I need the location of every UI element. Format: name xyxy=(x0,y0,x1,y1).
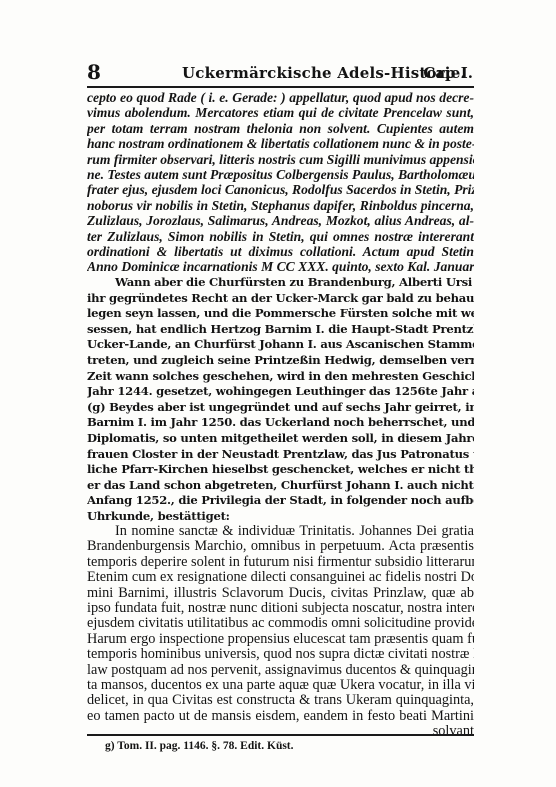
text-line: In nomine sanctæ & individuæ Trinitatis.… xyxy=(87,524,474,539)
text-line: Zeit wann solches geschehen, wird in den… xyxy=(87,369,474,385)
text-line: temporis deperire solent in futurum nisi… xyxy=(87,555,474,570)
text-line: (g) Beydes aber ist ungegründet und auf … xyxy=(87,400,474,416)
text-line: Anfang 1252., die Privilegia der Stadt, … xyxy=(87,493,474,509)
text-line: noborus vir nobilis in Stetin, Stephanus… xyxy=(87,198,474,213)
book-page: 8 Uckermärckische Adels-Historie. Cap I.… xyxy=(0,0,556,787)
text-line: rum firmiter observari, litteris nostris… xyxy=(87,152,474,167)
text-line: sessen, hat endlich Hertzog Barnim I. di… xyxy=(87,322,474,338)
text-line: Diplomatis, so unten mitgetheilet werden… xyxy=(87,431,474,447)
chapter-label: Cap I. xyxy=(423,64,473,82)
text-line: frater ejus, ejusdem loci Canonicus, Rod… xyxy=(87,182,474,197)
text-line: Etenim cum ex resignatione dilecti consa… xyxy=(87,570,474,585)
charter-excerpt: cepto eo quod Rade ( i. e. Gerade: ) app… xyxy=(87,90,474,275)
text-line: Ucker-Lande, an Churfürst Johann I. aus … xyxy=(87,337,474,353)
text-line: Wann aber die Churfürsten zu Brandenburg… xyxy=(87,275,474,291)
text-line: Barnim I. im Jahr 1250. das Uckerland no… xyxy=(87,415,474,431)
latin-charter: In nomine sanctæ & individuæ Trinitatis.… xyxy=(87,524,474,740)
text-line: Zulizlaus, Jorozlaus, Salimarus, Andreas… xyxy=(87,213,474,228)
text-line: liche Pfarr-Kirchen hieselbst geschencke… xyxy=(87,462,474,478)
header-rule xyxy=(87,86,474,88)
text-line: law postquam ad nos pervenit, assignavim… xyxy=(87,663,474,678)
text-line: treten, und zugleich seine Printzeßin He… xyxy=(87,353,474,369)
text-line: Anno Dominicæ incarnationis M CC XXX. qu… xyxy=(87,259,474,274)
text-line: ipso fundata fuit, nostræ nunc ditioni s… xyxy=(87,601,474,616)
footnote-rule xyxy=(87,734,474,736)
text-line: Harum ergo inspectione propensius eluces… xyxy=(87,632,474,647)
page-number: 8 xyxy=(87,60,101,84)
text-line: ihr gegründetes Recht an der Ucker-Marck… xyxy=(87,291,474,307)
text-line: eo tamen pacto ut de mansis eisdem, eand… xyxy=(87,709,474,724)
text-line: ejusdem civitatis utilitatibus ac commod… xyxy=(87,616,474,631)
text-line: hanc nostram ordinationem & libertatis c… xyxy=(87,136,474,151)
text-line: delicet, in qua Civitas est constructa &… xyxy=(87,693,474,708)
catchword: solvant xyxy=(87,724,474,739)
text-line: mini Barnimi, illustris Sclavorum Ducis,… xyxy=(87,586,474,601)
text-line: vimus abolendum. Mercatores etiam qui de… xyxy=(87,105,474,120)
text-line: frauen Closter in der Neustadt Prentzlaw… xyxy=(87,447,474,463)
text-line: Brandenburgensis Marchio, omnibus in per… xyxy=(87,539,474,554)
text-line: per totam terram nostram thelonia non so… xyxy=(87,121,474,136)
german-paragraph: Wann aber die Churfürsten zu Brandenburg… xyxy=(87,275,474,525)
text-line: temporis hominibus universis, quod nos s… xyxy=(87,647,474,662)
text-line: ter Zulizlaus, Simon nobilis in Stetin, … xyxy=(87,229,474,244)
text-line: ta mansos, ducentos ex una parte aquæ qu… xyxy=(87,678,474,693)
text-line: cepto eo quod Rade ( i. e. Gerade: ) app… xyxy=(87,90,474,105)
page-header: 8 Uckermärckische Adels-Historie. Cap I. xyxy=(87,58,473,84)
text-line: Jahr 1244. gesetzet, wohingegen Leuthing… xyxy=(87,384,474,400)
footnote: g) Tom. II. pag. 1146. §. 78. Edit. Küst… xyxy=(105,740,294,752)
text-line: ne. Testes autem sunt Præpositus Colberg… xyxy=(87,167,474,182)
text-line: ordinationi & libertatis ut diximus coll… xyxy=(87,244,474,259)
text-line: er das Land schon abgetreten, Churfürst … xyxy=(87,478,474,494)
text-line: legen seyn lassen, und die Pommersche Fü… xyxy=(87,306,474,322)
text-line: Uhrkunde, bestättiget: xyxy=(87,509,474,525)
